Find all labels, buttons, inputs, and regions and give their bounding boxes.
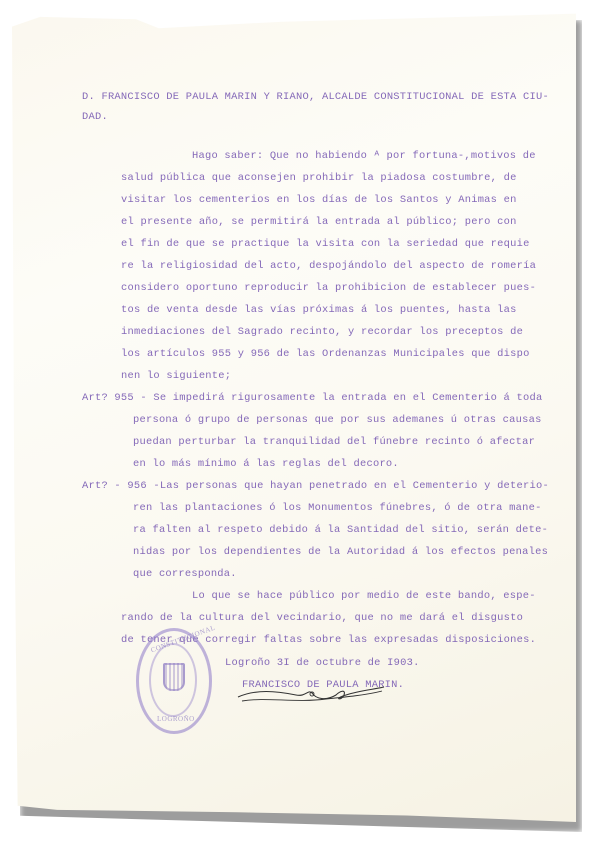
- article-956-line-1: Art? - 956 -Las personas que hayan penet…: [82, 480, 549, 492]
- intro-line-10: los artículos 955 y 956 de las Ordenanza…: [121, 348, 530, 360]
- closing-line-1: Lo que se hace público por medio de este…: [192, 590, 536, 602]
- article-955-line-4: en lo más mínimo á las reglas del decoro…: [133, 458, 399, 470]
- intro-line-9: inmediaciones del Sagrado recinto, y rec…: [121, 326, 523, 338]
- article-956-line-4: nidas por los dependientes de la Autorid…: [133, 546, 548, 558]
- article-955-line-3: puedan perturbar la tranquilidad del fún…: [133, 436, 535, 448]
- date-line: Logroño 3I de octubre de I903.: [225, 657, 420, 669]
- article-956-line-3: ra falten al respeto debido á la Santida…: [133, 524, 548, 536]
- coat-of-arms-icon: [163, 663, 185, 691]
- article-956-line-5: que corresponda.: [133, 568, 237, 580]
- intro-line-4: el presente año, se permitirá la entrada…: [121, 216, 517, 228]
- intro-line-2: salud pública que aconsejen prohibir la …: [121, 172, 517, 184]
- article-955-line-1: Art? 955 - Se impedirá rigurosamente la …: [82, 392, 542, 404]
- intro-line-7: considero oportuno reproducir la prohibi…: [121, 282, 536, 294]
- article-956-line-2: ren las plantaciones ó los Monumentos fú…: [133, 502, 542, 514]
- handwritten-signature: [236, 683, 386, 707]
- intro-line-5: el fin de que se practique la visita con…: [121, 238, 530, 250]
- header-line-1: D. FRANCISCO DE PAULA MARIN Y RIANO, ALC…: [82, 91, 549, 103]
- official-seal-stamp: CONSTITUCIONAL LOGROÑO: [136, 628, 212, 734]
- article-955-line-2: persona ó grupo de personas que por sus …: [133, 414, 542, 426]
- intro-line-8: tos de venta desde las vías próximas á l…: [121, 304, 517, 316]
- header-line-2: DAD.: [82, 111, 108, 123]
- intro-line-3: visitar los cementerios en los días de l…: [121, 194, 517, 206]
- intro-line-1: Hago saber: Que no habiendo ᴬ por fortun…: [192, 150, 536, 162]
- seal-bottom-text: LOGROÑO: [157, 715, 195, 723]
- intro-line-6: re la religiosidad del acto, despojándol…: [121, 260, 536, 272]
- intro-line-11: nen lo siguiente;: [121, 370, 231, 382]
- closing-line-2: rando de la cultura del vecindario, que …: [121, 612, 523, 624]
